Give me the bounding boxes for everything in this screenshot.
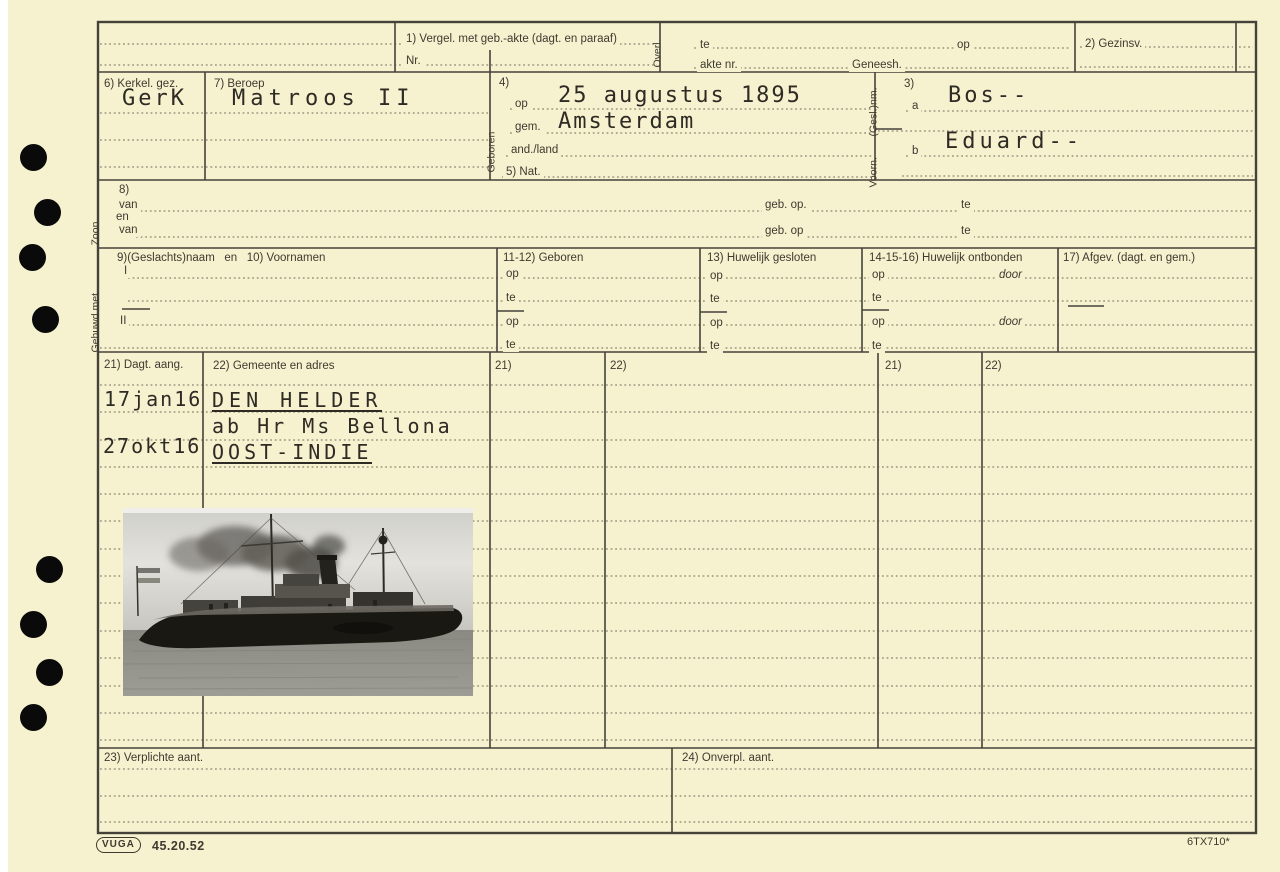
- ontbonden-op1: op: [869, 269, 888, 282]
- ship-photo: [123, 508, 473, 696]
- field3-number: 3): [904, 78, 914, 91]
- birth-place-value: Amsterdam: [558, 111, 695, 133]
- entry-place-3: OOST-INDIE: [212, 442, 372, 464]
- ontbonden-door2: door: [996, 316, 1025, 329]
- first-names-value: Eduard--: [945, 131, 1083, 153]
- gesloten-col-header: 13) Huwelijk gesloten: [707, 252, 816, 265]
- zoon-label: Zoon: [91, 222, 102, 246]
- geboren-op2: op: [503, 316, 522, 329]
- dagtekening-header: 21) Dagt. aang.: [104, 359, 183, 372]
- col22-header-2: 22): [610, 360, 627, 373]
- voornaam-label: Voorn.: [869, 157, 880, 187]
- geslachtsnaam-label: (Gesl.)nm.: [869, 87, 880, 136]
- marriage-row2-numeral: II: [117, 315, 129, 328]
- gesloten-te2: te: [707, 340, 723, 353]
- gesloten-te1: te: [707, 293, 723, 306]
- geneesheer-label: Geneesh.: [849, 59, 905, 72]
- kerkel-gez-value: GerK: [122, 88, 187, 110]
- birth-date-value: 25 augustus 1895: [558, 85, 802, 107]
- form-number: 45.20.52: [152, 839, 205, 853]
- col21-header-2: 21): [495, 360, 512, 373]
- col21-header-3: 21): [885, 360, 902, 373]
- marriage-row1-numeral: I: [121, 265, 130, 278]
- publisher-logo: VUGA: [96, 837, 141, 853]
- overleden-label: Overl.: [653, 39, 664, 67]
- afgevoerd-col-header: 17) Afgev. (dagt. en gem.): [1063, 252, 1195, 265]
- van-label-1: van: [116, 199, 141, 212]
- naam-voornamen-header: 9)(Geslachts)naam en 10) Voornamen: [117, 252, 325, 265]
- ontbonden-door1: door: [996, 269, 1025, 282]
- te-label-1: te: [958, 199, 974, 212]
- entry-date-3: 27okt16: [103, 436, 201, 456]
- onverplichte-aant-label: 24) Onverpl. aant.: [682, 752, 774, 765]
- verplichte-aant-label: 23) Verplichte aant.: [104, 752, 203, 765]
- gehuwd-met-label: Gehuwd met: [91, 293, 102, 353]
- en-label: en: [116, 211, 129, 224]
- geboren-col-header: 11-12) Geboren: [503, 252, 583, 265]
- field4-number: 4): [499, 77, 509, 90]
- geb-op-label-1: geb. op.: [762, 199, 810, 212]
- ontbonden-op2: op: [869, 316, 888, 329]
- print-code: 6TX710*: [1187, 836, 1230, 848]
- entry-place-1: DEN HELDER: [212, 390, 382, 412]
- ontbonden-col-header: 14-15-16) Huwelijk ontbonden: [869, 252, 1022, 265]
- gesloten-op1: op: [707, 270, 726, 283]
- scanned-record-card: 1) Vergel. met geb.-akte (dagt. en paraa…: [0, 0, 1280, 872]
- geb-op-label-2: geb. op: [762, 225, 806, 238]
- ontbonden-te2: te: [869, 340, 885, 353]
- ontbonden-te1: te: [869, 292, 885, 305]
- vergel-label: 1) Vergel. met geb.-akte (dagt. en paraa…: [403, 33, 620, 46]
- gezinsv-label: 2) Gezinsv.: [1082, 38, 1145, 51]
- geboren-op1: op: [503, 268, 522, 281]
- nr-label: Nr.: [403, 55, 424, 68]
- geboren-label: Geboren: [487, 132, 498, 173]
- entry-place-2: ab Hr Ms Bellona: [212, 416, 453, 436]
- firstname-b-label: b: [909, 145, 921, 158]
- entry-date-1: 17jan16: [104, 389, 202, 409]
- akte-nr-label: akte nr.: [697, 59, 741, 72]
- gesloten-op2: op: [707, 317, 726, 330]
- nationaliteit-label: 5) Nat.: [503, 166, 544, 179]
- field8-number: 8): [119, 184, 129, 197]
- overl-op-label: op: [954, 39, 973, 52]
- te-label-2: te: [958, 225, 974, 238]
- col22-header-3: 22): [985, 360, 1002, 373]
- gemeente-adres-header: 22) Gemeente en adres: [213, 360, 334, 373]
- beroep-value: Matroos II: [232, 88, 414, 110]
- geboren-te1: te: [503, 292, 519, 305]
- overl-te-label: te: [697, 39, 713, 52]
- geboren-op-label: op: [512, 98, 531, 111]
- surname-value: Bos--: [948, 85, 1029, 107]
- van-label-2: van: [116, 224, 141, 237]
- land-label: and./land: [508, 144, 561, 157]
- gemeente-label: gem.: [512, 121, 544, 134]
- surname-a-label: a: [909, 100, 921, 113]
- geboren-te2: te: [503, 339, 519, 352]
